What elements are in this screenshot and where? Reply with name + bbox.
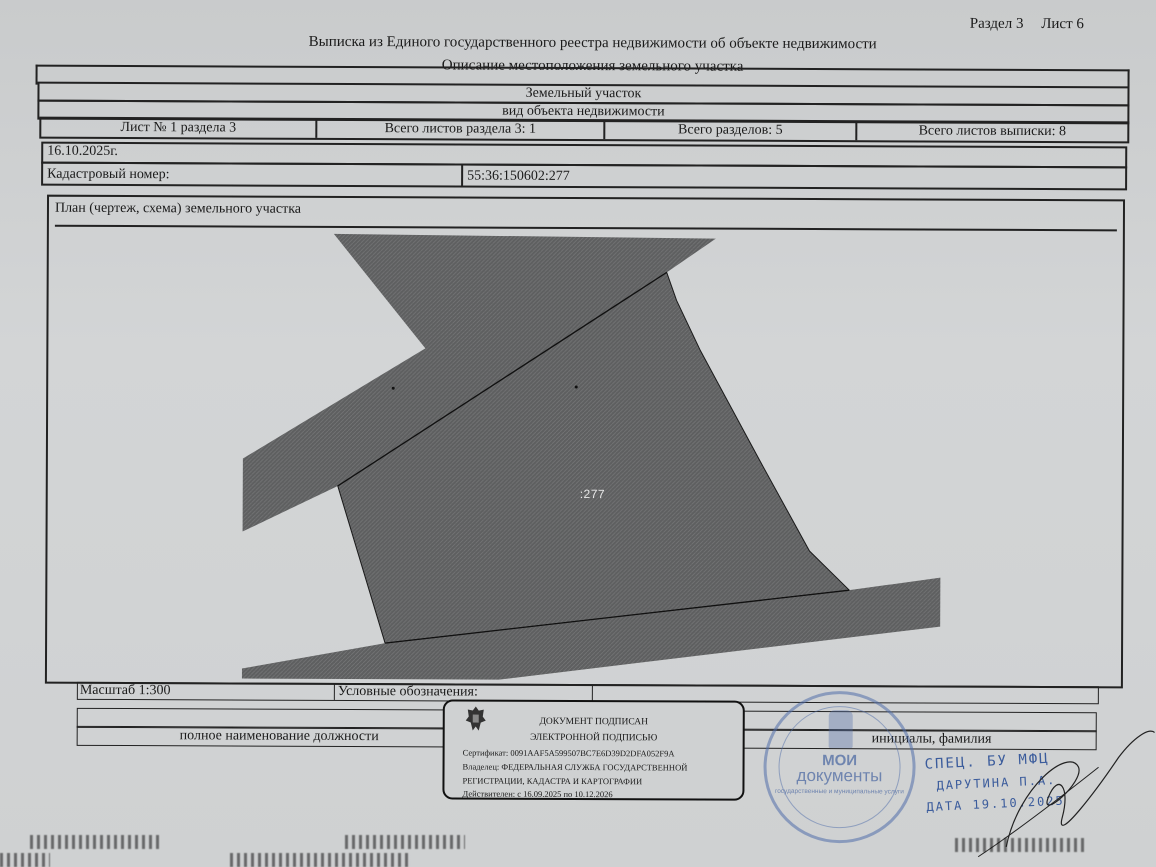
scan-artifact xyxy=(30,835,160,849)
scan-artifact xyxy=(345,835,465,849)
signed-line-1: ДОКУМЕНТ ПОДПИСАН xyxy=(445,715,743,729)
owner-line-2: РЕГИСТРАЦИИ, КАДАСТРА И КАРТОГРАФИИ xyxy=(462,774,642,788)
certificate-number: Сертификат: 0091AAF5A599507BC7E6D39D2DFA… xyxy=(463,746,675,760)
document-page: Раздел 3 Лист 6 Выписка из Единого госуд… xyxy=(0,0,1156,867)
electronic-signature-stamp: ДОКУМЕНТ ПОДПИСАН ЭЛЕКТРОННОЙ ПОДПИСЬЮ С… xyxy=(442,699,744,800)
owner-line-1: Владелец: ФЕДЕРАЛЬНАЯ СЛУЖБА ГОСУДАРСТВЕ… xyxy=(463,760,688,774)
scan-artifact xyxy=(0,853,50,867)
stamp-subtitle: государственные и муниципальные услуги xyxy=(766,788,912,797)
position-caption: полное наименование должности xyxy=(180,728,379,745)
scale-text: Масштаб 1:300 xyxy=(80,683,171,699)
mfc-round-stamp: МОИ документы государственные и муниципа… xyxy=(763,691,916,844)
parcel-label: :277 xyxy=(580,487,605,501)
signed-line-2: ЭЛЕКТРОННОЙ ПОДПИСЬЮ xyxy=(445,731,743,745)
legend-label: Условные обозначения: xyxy=(334,684,592,701)
moi-documenty-logo-icon xyxy=(829,710,853,748)
validity-period: Действителен: с 16.09.2025 по 10.12.2026 xyxy=(462,787,612,801)
stamp-brand-bottom: документы xyxy=(766,766,912,787)
scan-artifact xyxy=(230,853,410,867)
scan-artifact xyxy=(955,838,1085,852)
